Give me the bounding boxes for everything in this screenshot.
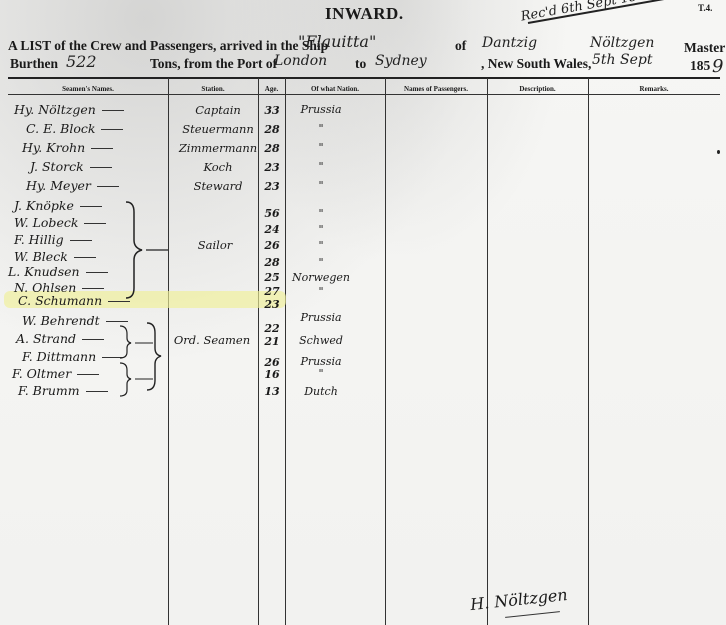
seaman-nation: Schwed: [286, 334, 356, 347]
seaman-age: 23: [258, 298, 286, 311]
burthen-label: Burthen: [10, 56, 58, 72]
sailor-group-brace: [118, 200, 178, 300]
tons-label: Tons, from the Port of: [150, 56, 277, 72]
seaman-name-highlighted: C. Schumann: [18, 293, 130, 308]
seaman-nation: Prussia: [286, 103, 356, 116]
seaman-age: 28: [258, 142, 286, 155]
seaman-name: F. Hillig: [14, 232, 92, 247]
seaman-age: 28: [258, 256, 286, 269]
master-name: Nöltzgen: [590, 35, 654, 51]
seaman-age: 25: [258, 271, 286, 284]
col-seamens-names: Seamen's Names.: [8, 85, 168, 93]
seaman-nation: ": [286, 367, 356, 380]
master-label: Master: [684, 40, 725, 56]
header-bottom-rule: [8, 94, 720, 95]
column-divider: [487, 78, 488, 625]
col-station: Station.: [168, 85, 258, 93]
seaman-name: Hy. Nöltzgen: [14, 102, 124, 117]
seaman-name: Hy. Meyer: [26, 178, 119, 193]
seaman-nation: ": [286, 285, 356, 298]
ink-speck: [717, 150, 720, 154]
seaman-age: 22: [258, 322, 286, 335]
burthen-value: 522: [66, 52, 97, 71]
seaman-nation: ": [286, 256, 356, 269]
col-nation: Of what Nation.: [285, 85, 385, 93]
from-port: London: [274, 53, 327, 69]
seaman-name: F. Dittmann: [22, 349, 124, 364]
seaman-age: 21: [258, 335, 286, 348]
seaman-age: 26: [258, 239, 286, 252]
col-remarks: Remarks.: [588, 85, 720, 93]
seaman-name: J. Storck: [30, 159, 112, 174]
seaman-nation: ": [286, 179, 356, 192]
nsw-label: , New South Wales,: [481, 56, 591, 72]
document-page: INWARD. T.4. Rec'd 6th Sept 1859 A LIST …: [0, 0, 726, 625]
seaman-nation: ": [286, 239, 356, 252]
seaman-nation: ": [286, 207, 356, 220]
seaman-station: Captain: [178, 103, 258, 117]
seaman-age: 23: [258, 161, 286, 174]
seaman-age: 28: [258, 123, 286, 136]
column-divider: [588, 78, 589, 625]
seaman-nation: ": [286, 223, 356, 236]
seaman-age: 24: [258, 223, 286, 236]
col-passenger-names: Names of Passengers.: [385, 85, 487, 93]
col-age: Age.: [258, 85, 285, 93]
seaman-age: 27: [258, 285, 286, 298]
master-signature: H. Nöltzgen: [469, 585, 568, 614]
seaman-name: W. Bleck: [14, 249, 96, 264]
seaman-nation: ": [286, 122, 356, 135]
year-printed: 185: [690, 58, 710, 74]
seaman-age: 23: [258, 180, 286, 193]
seaman-nation: ": [286, 160, 356, 173]
seaman-nation: Dutch: [286, 385, 356, 398]
seaman-name: F. Oltmer: [12, 366, 99, 381]
seaman-station: Koch: [178, 160, 258, 174]
year-handwritten: 9: [712, 56, 723, 77]
seaman-station: Steuermann: [178, 122, 258, 136]
column-divider: [385, 78, 386, 625]
seaman-name: Hy. Krohn: [22, 140, 113, 155]
document-title: INWARD.: [325, 4, 404, 24]
ordinary-seamen-brace: [115, 318, 175, 398]
seaman-age: 13: [258, 385, 286, 398]
signature-underline: [505, 611, 560, 618]
seaman-station: Sailor: [175, 238, 255, 252]
port-of-registry: Dantzig: [482, 35, 537, 51]
seaman-nation: Norwegen: [286, 271, 356, 284]
seaman-station: Zimmermann: [178, 141, 258, 155]
arrival-date: 5th Sept: [592, 52, 652, 68]
col-description: Description.: [487, 85, 588, 93]
seaman-name: W. Lobeck: [14, 215, 106, 230]
seaman-age: 56: [258, 207, 286, 220]
seaman-nation: ": [286, 141, 356, 154]
to-port: Sydney: [375, 53, 427, 69]
ship-name: "Flauitta": [298, 32, 376, 51]
seaman-station: Ord. Seamen: [162, 333, 262, 347]
seaman-name: L. Knudsen: [8, 264, 108, 279]
table-top-rule: [8, 77, 720, 79]
seaman-age: 16: [258, 368, 286, 381]
seaman-station: Steward: [178, 179, 258, 193]
seaman-name: F. Brumm: [18, 383, 108, 398]
seaman-name: C. E. Block: [26, 121, 123, 136]
seaman-name: J. Knöpke: [14, 198, 102, 213]
seaman-name: A. Strand: [16, 331, 104, 346]
seaman-age: 33: [258, 104, 286, 117]
seaman-nation: Prussia: [286, 311, 356, 324]
seaman-name: W. Behrendt: [22, 313, 128, 328]
form-number: T.4.: [698, 3, 712, 13]
of-label: of: [455, 38, 466, 54]
to-label: to: [355, 56, 366, 72]
list-heading-text: A LIST of the Crew and Passengers, arriv…: [8, 38, 328, 54]
